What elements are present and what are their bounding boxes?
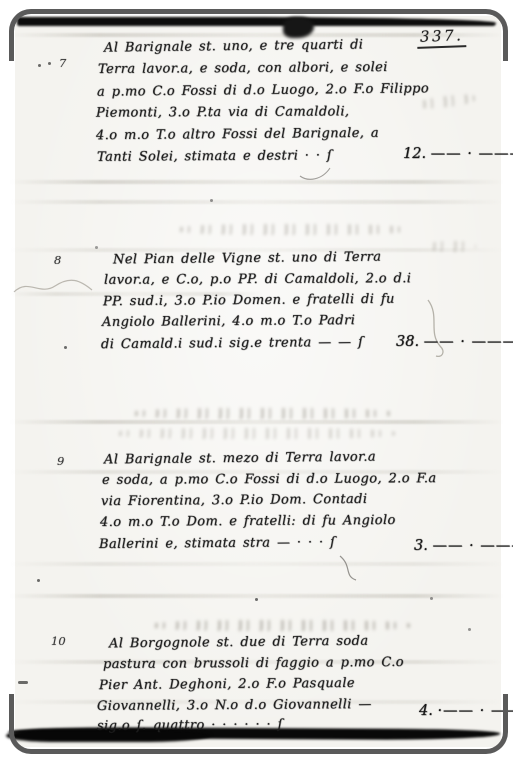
ink-speck (468, 628, 471, 631)
entry-line: Angiolo Ballerini, 4.o m.o T.o Padri (102, 313, 355, 330)
ink-speck (18, 681, 28, 684)
entry-line: 4.o m.o T.o Dom. e fratelli: di fu Angio… (100, 513, 396, 530)
entry-line: Pier Ant. Deghoni, 2.o F.o Pasquale (99, 676, 355, 693)
entry-margin-number: 10 (51, 634, 66, 648)
entry-line: pastura con brussoli di faggio a p.mo C.… (103, 655, 404, 672)
entry-amount: 38. —— · ——— (396, 334, 513, 350)
entry-line: PP. sud.i, 3.o P.io Domen. e fratelli di… (103, 292, 395, 310)
entry-line: di Camald.i sud.i sig.e trenta — — ſ (101, 335, 363, 352)
entry-line: lavor.a, e C.o, p.o PP. di Camaldoli, 2.… (104, 271, 411, 288)
ink-speck (95, 246, 98, 249)
entry-line: 4.o m.o T.o altro Fossi del Barignale, a (96, 126, 379, 143)
entry-line: Piemonti, 3.o P.ta via di Camaldoli, (96, 104, 349, 120)
amount-value: 3. (414, 538, 428, 554)
entry-amount: 3. —— · ——— (414, 538, 513, 554)
ink-speck (255, 598, 258, 601)
entry-line: Al Barignale st. mezo di Terra lavor.a (104, 450, 376, 468)
entry-amount: 12. —— · ——— (403, 146, 513, 162)
ink-speck (38, 64, 41, 67)
amount-dashes: —— · ——— (431, 146, 513, 162)
amount-value: 12. (403, 146, 426, 162)
entry-line: Ballerini e, stimata stra — · · · ſ (99, 535, 335, 552)
ink-speck (430, 597, 433, 600)
entry-margin-number: 9 (57, 454, 64, 468)
entry-margin-number: 8 (54, 253, 61, 267)
entry-line: e soda, a p.mo C.o Fossi di d.o Luogo, 2… (102, 471, 437, 488)
ink-speck (37, 579, 40, 582)
amount-dashes: —— · ——— (424, 334, 513, 350)
ink-speck (48, 62, 51, 65)
ink-speck (64, 346, 67, 349)
entry-line: via Fiorentina, 3.o P.io Dom. Contadi (101, 492, 368, 509)
entry-line: Al Borgognole st. due di Terra soda (109, 634, 369, 652)
ink-speck (210, 199, 213, 202)
photo-frame-top (9, 9, 508, 61)
amount-value: 38. (396, 334, 419, 350)
entry-line: Tanti Solei, stimata e destri · · ſ (97, 148, 332, 165)
photo-frame-bottom (9, 694, 508, 754)
amount-dashes: —— · ——— (432, 538, 513, 554)
entry-line: Nel Pian delle Vigne st. uno di Terra (113, 250, 381, 268)
entry-line: Terra lavor.a, e soda, con albori, e sol… (98, 60, 388, 77)
manuscript-photo: 337. 7 Al Barignale st. uno, e tre quart… (0, 0, 513, 760)
